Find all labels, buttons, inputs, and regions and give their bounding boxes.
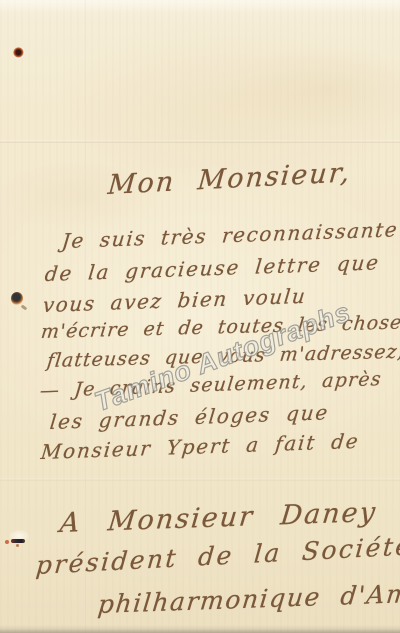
letter-line: — Je crains seulement, après — [39, 368, 383, 402]
letter-line: les grands éloges que — [49, 400, 331, 434]
paper-hole-halo — [9, 530, 29, 542]
paper-hole-red-speck-left — [5, 540, 9, 544]
letter-line: Monsieur Ypert a fait de — [40, 429, 361, 464]
fold-crease-horizontal-lower — [0, 478, 400, 481]
address-line: philharmonique d'Amiens — [96, 577, 400, 619]
fold-crease-horizontal-upper — [0, 140, 400, 143]
letter-line: flatteuses que vous m'adressez, — [46, 341, 400, 372]
bottom-edge-shadow — [0, 625, 400, 633]
letter-line: Je suis très reconnaissante — [61, 217, 400, 253]
letter-scan: Mon Monsieur, Je suis très reconnaissant… — [0, 0, 400, 633]
letter-line: de la gracieuse lettre que — [44, 250, 381, 286]
letter-line: m'écrire et de toutes les choses — [40, 311, 400, 343]
top-edge-highlight — [0, 0, 400, 14]
letter-line: vous avez bien voulu — [42, 284, 308, 317]
paper-hole-bottom-left — [5, 530, 31, 550]
address-line: A Monsieur Daney — [58, 497, 378, 539]
paper-hole-speck — [21, 305, 28, 311]
paper-hole-mid-left — [8, 288, 28, 310]
salutation: Mon Monsieur, — [107, 157, 353, 201]
address-line: président de la Société — [35, 531, 400, 580]
paper-hole-top-left — [13, 47, 25, 59]
paper-hole-dark-mark — [11, 539, 25, 543]
paper-hole-red-speck-bottom — [16, 544, 19, 547]
paper-hole-core — [11, 292, 23, 305]
